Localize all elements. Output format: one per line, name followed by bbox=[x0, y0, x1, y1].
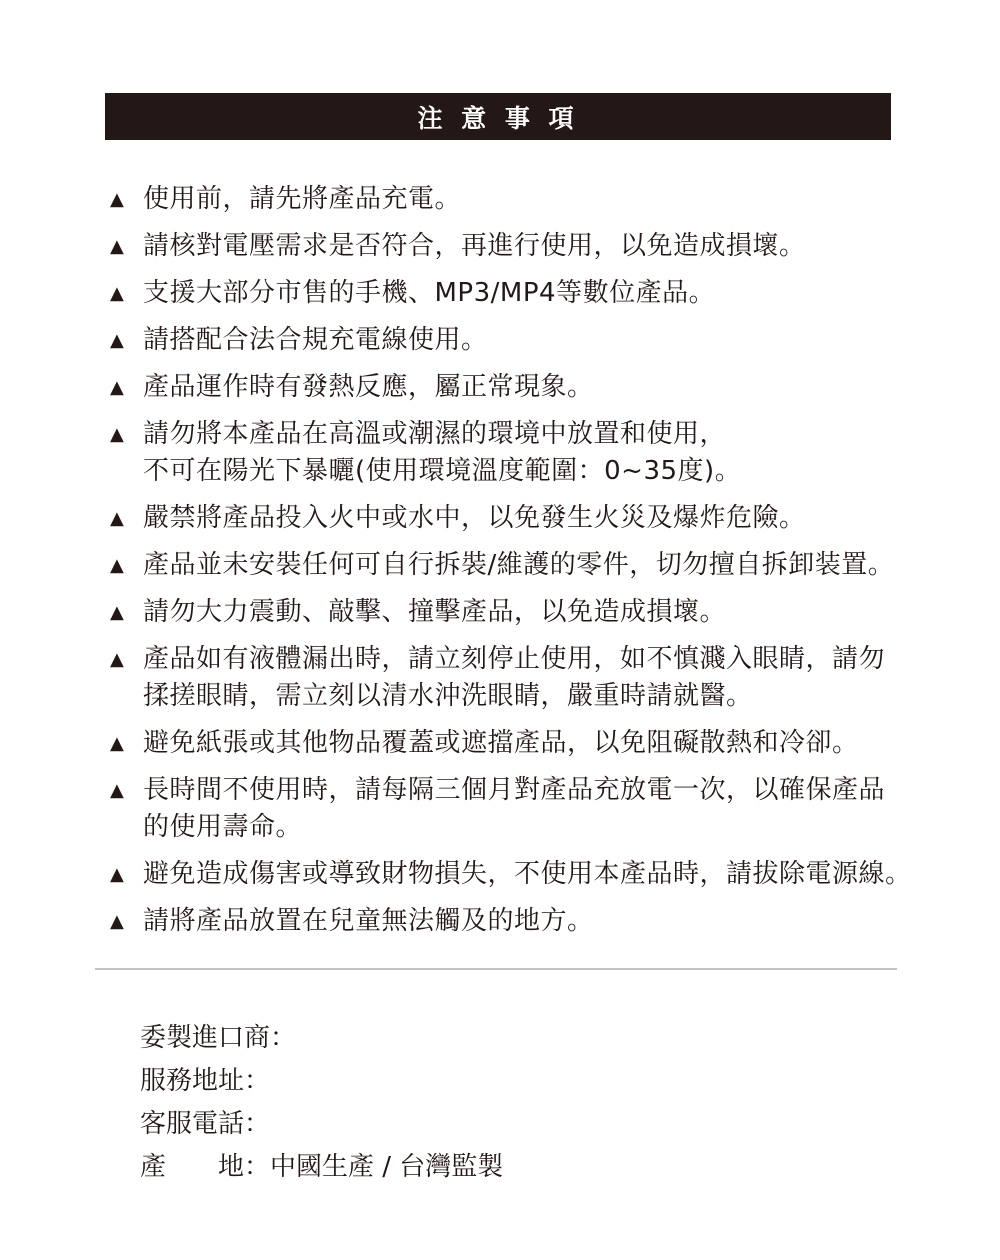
footer-value: 中國生產 / 台灣監製 bbox=[270, 1152, 503, 1182]
triangle-bullet-icon: ▲ bbox=[110, 594, 130, 631]
notice-text: 請勿大力震動、敲擊、撞擊產品，以免造成損壞。 bbox=[143, 594, 726, 631]
notice-list: ▲ 使用前，請先將產品充電。 ▲ 請核對電壓需求是否符合，再進行使用，以免造成損… bbox=[110, 181, 984, 940]
notice-text: 支援大部分市售的手機、MP3/MP4等數位產品。 bbox=[143, 275, 715, 312]
notice-item: ▲ 產品如有液體漏出時，請立刻停止使用，如不慎濺入眼睛，請勿 揉搓眼睛，需立刻以… bbox=[110, 641, 984, 715]
notice-text: 產品如有液體漏出時，請立刻停止使用，如不慎濺入眼睛，請勿 揉搓眼睛，需立刻以清水… bbox=[143, 641, 885, 715]
triangle-bullet-icon: ▲ bbox=[110, 725, 130, 762]
notice-item: ▲ 產品並未安裝任何可自行拆裝/維護的零件，切勿擅自拆卸装置。 bbox=[110, 547, 984, 584]
notice-text: 長時間不使用時，請每隔三個月對產品充放電一次，以確保產品 的使用壽命。 bbox=[143, 772, 885, 846]
notice-item: ▲ 請將產品放置在兒童無法觸及的地方。 bbox=[110, 903, 984, 940]
notice-item: ▲ 長時間不使用時，請每隔三個月對產品充放電一次，以確保產品 的使用壽命。 bbox=[110, 772, 984, 846]
notice-item: ▲ 請搭配合法合規充電線使用。 bbox=[110, 322, 984, 359]
notice-item: ▲ 請勿大力震動、敲擊、撞擊產品，以免造成損壞。 bbox=[110, 594, 984, 631]
triangle-bullet-icon: ▲ bbox=[110, 547, 130, 584]
triangle-bullet-icon: ▲ bbox=[110, 500, 130, 537]
notice-item: ▲ 嚴禁將產品投入火中或水中，以免發生火災及爆炸危險。 bbox=[110, 500, 984, 537]
notice-item: ▲ 請核對電壓需求是否符合，再進行使用，以免造成損壞。 bbox=[110, 228, 984, 265]
triangle-bullet-icon: ▲ bbox=[110, 416, 130, 453]
footer-line-importer: 委製進口商： bbox=[140, 1017, 1000, 1060]
triangle-bullet-icon: ▲ bbox=[110, 369, 130, 406]
notice-text: 產品並未安裝任何可自行拆裝/維護的零件，切勿擅自拆卸装置。 bbox=[143, 547, 894, 584]
notice-item: ▲ 避免造成傷害或導致財物損失，不使用本產品時，請拔除電源線。 bbox=[110, 856, 984, 893]
triangle-bullet-icon: ▲ bbox=[110, 228, 130, 265]
notice-item: ▲ 產品運作時有發熱反應，屬正常現象。 bbox=[110, 369, 984, 406]
notice-text: 嚴禁將產品投入火中或水中，以免發生火災及爆炸危險。 bbox=[143, 500, 806, 537]
notice-text: 使用前，請先將產品充電。 bbox=[143, 181, 461, 218]
triangle-bullet-icon: ▲ bbox=[110, 322, 130, 359]
notice-text: 請核對電壓需求是否符合，再進行使用，以免造成損壞。 bbox=[143, 228, 806, 265]
footer-label: 產 地： bbox=[140, 1152, 270, 1182]
manufacturer-info: 委製進口商： 服務地址： 客服電話： 產 地：中國生產 / 台灣監製 bbox=[140, 1017, 1000, 1189]
notice-item: ▲ 使用前，請先將產品充電。 bbox=[110, 181, 984, 218]
notice-document-page: 注 意 事 項 ▲ 使用前，請先將產品充電。 ▲ 請核對電壓需求是否符合，再進行… bbox=[0, 0, 1000, 1260]
triangle-bullet-icon: ▲ bbox=[110, 772, 130, 809]
footer-line-origin: 產 地：中國生產 / 台灣監製 bbox=[140, 1146, 1000, 1189]
notice-item: ▲ 支援大部分市售的手機、MP3/MP4等數位產品。 bbox=[110, 275, 984, 312]
footer-label: 服務地址： bbox=[140, 1066, 270, 1096]
notice-text: 避免造成傷害或導致財物損失，不使用本產品時，請拔除電源線。 bbox=[143, 856, 912, 893]
notice-item: ▲ 請勿將本產品在高溫或潮濕的環境中放置和使用， 不可在陽光下暴曬(使用環境溫度… bbox=[110, 416, 984, 490]
notice-text: 請搭配合法合規充電線使用。 bbox=[143, 322, 488, 359]
notice-header-bar: 注 意 事 項 bbox=[105, 93, 891, 140]
notice-text: 產品運作時有發熱反應，屬正常現象。 bbox=[143, 369, 594, 406]
triangle-bullet-icon: ▲ bbox=[110, 856, 130, 893]
notice-text: 請勿將本產品在高溫或潮濕的環境中放置和使用， 不可在陽光下暴曬(使用環境溫度範圍… bbox=[143, 416, 741, 490]
triangle-bullet-icon: ▲ bbox=[110, 641, 130, 678]
triangle-bullet-icon: ▲ bbox=[110, 903, 130, 940]
footer-line-service-address: 服務地址： bbox=[140, 1060, 1000, 1103]
notice-text: 避免紙張或其他物品覆蓋或遮擋產品，以免阻礙散熱和冷卻。 bbox=[143, 725, 859, 762]
page-title: 注 意 事 項 bbox=[417, 99, 578, 135]
footer-line-service-phone: 客服電話： bbox=[140, 1103, 1000, 1146]
triangle-bullet-icon: ▲ bbox=[110, 275, 130, 312]
footer-divider bbox=[95, 968, 897, 970]
notice-text: 請將產品放置在兒童無法觸及的地方。 bbox=[143, 903, 594, 940]
footer-label: 客服電話： bbox=[140, 1109, 270, 1139]
footer-label: 委製進口商： bbox=[140, 1023, 296, 1053]
triangle-bullet-icon: ▲ bbox=[110, 181, 130, 218]
notice-item: ▲ 避免紙張或其他物品覆蓋或遮擋產品，以免阻礙散熱和冷卻。 bbox=[110, 725, 984, 762]
